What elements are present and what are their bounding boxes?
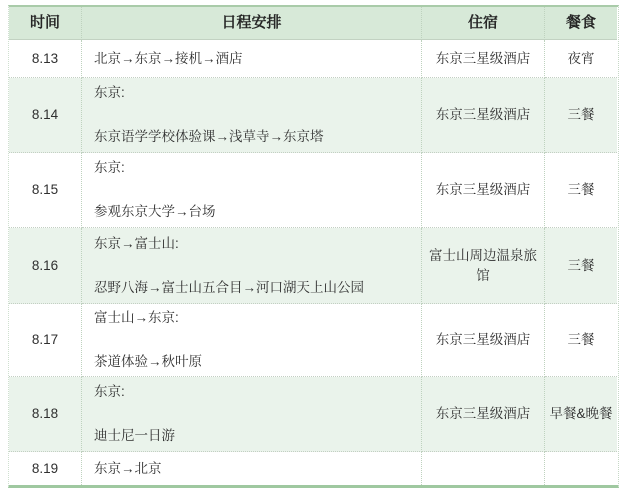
meals-cell: 早餐&晚餐 xyxy=(545,377,617,452)
table-row: 8.13 北京→东京→接机→酒店 东京三星级酒店 夜宵 xyxy=(9,40,617,78)
itinerary-page: 时间 日程安排 住宿 餐食 8.13 北京→东京→接机→酒店 东京三星级酒店 夜… xyxy=(0,0,625,491)
accommodation-cell: 东京三星级酒店 xyxy=(422,304,545,377)
table-row: 8.16 东京→富士山: 忍野八海→富士山五合目→河口湖天上山公园 富士山周边温… xyxy=(9,228,617,304)
schedule-line: 东京: xyxy=(94,382,125,402)
accommodation-cell xyxy=(422,452,545,485)
schedule-line: 东京→北京 xyxy=(94,459,162,479)
schedule-line: 迪士尼一日游 xyxy=(94,426,175,446)
schedule-line: 东京: xyxy=(94,158,125,178)
header-schedule: 日程安排 xyxy=(82,7,422,40)
schedule-cell: 东京→北京 xyxy=(82,452,422,485)
accommodation-cell: 东京三星级酒店 xyxy=(422,153,545,228)
schedule-line: 东京→富士山: xyxy=(94,234,179,254)
meals-cell xyxy=(545,452,617,485)
schedule-line: 茶道体验→秋叶原 xyxy=(94,352,202,372)
date-cell: 8.16 xyxy=(9,228,82,304)
header-meals: 餐食 xyxy=(545,7,617,40)
schedule-cell: 东京→富士山: 忍野八海→富士山五合目→河口湖天上山公园 xyxy=(82,228,422,304)
date-cell: 8.19 xyxy=(9,452,82,485)
table-row: 8.18 东京: 迪士尼一日游 东京三星级酒店 早餐&晚餐 xyxy=(9,377,617,452)
schedule-cell: 北京→东京→接机→酒店 xyxy=(82,40,422,78)
schedule-line: 参观东京大学→台场 xyxy=(94,202,216,222)
date-cell: 8.14 xyxy=(9,78,82,153)
meals-cell: 三餐 xyxy=(545,228,617,304)
schedule-cell: 富士山→东京: 茶道体验→秋叶原 xyxy=(82,304,422,377)
schedule-line: 北京→东京→接机→酒店 xyxy=(94,49,243,69)
date-cell: 8.18 xyxy=(9,377,82,452)
schedule-cell: 东京: 东京语学学校体验课→浅草寺→东京塔 xyxy=(82,78,422,153)
header-time: 时间 xyxy=(9,7,82,40)
table-header-row: 时间 日程安排 住宿 餐食 xyxy=(9,7,617,40)
table-row: 8.15 东京: 参观东京大学→台场 东京三星级酒店 三餐 xyxy=(9,153,617,228)
schedule-cell: 东京: 参观东京大学→台场 xyxy=(82,153,422,228)
itinerary-table: 时间 日程安排 住宿 餐食 8.13 北京→东京→接机→酒店 东京三星级酒店 夜… xyxy=(8,5,619,488)
accommodation-cell: 富士山周边温泉旅馆 xyxy=(422,228,545,304)
header-accommodation: 住宿 xyxy=(422,7,545,40)
schedule-line: 东京: xyxy=(94,83,125,103)
table-row: 8.19 东京→北京 xyxy=(9,452,617,485)
date-cell: 8.15 xyxy=(9,153,82,228)
table-row: 8.14 东京: 东京语学学校体验课→浅草寺→东京塔 东京三星级酒店 三餐 xyxy=(9,78,617,153)
meals-cell: 三餐 xyxy=(545,153,617,228)
accommodation-cell: 东京三星级酒店 xyxy=(422,377,545,452)
date-cell: 8.13 xyxy=(9,40,82,78)
schedule-line: 富士山→东京: xyxy=(94,308,179,328)
meals-cell: 夜宵 xyxy=(545,40,617,78)
schedule-line: 忍野八海→富士山五合目→河口湖天上山公园 xyxy=(94,278,364,298)
accommodation-cell: 东京三星级酒店 xyxy=(422,78,545,153)
table-row: 8.17 富士山→东京: 茶道体验→秋叶原 东京三星级酒店 三餐 xyxy=(9,304,617,377)
schedule-cell: 东京: 迪士尼一日游 xyxy=(82,377,422,452)
schedule-line: 东京语学学校体验课→浅草寺→东京塔 xyxy=(94,127,324,147)
date-cell: 8.17 xyxy=(9,304,82,377)
accommodation-cell: 东京三星级酒店 xyxy=(422,40,545,78)
meals-cell: 三餐 xyxy=(545,78,617,153)
meals-cell: 三餐 xyxy=(545,304,617,377)
